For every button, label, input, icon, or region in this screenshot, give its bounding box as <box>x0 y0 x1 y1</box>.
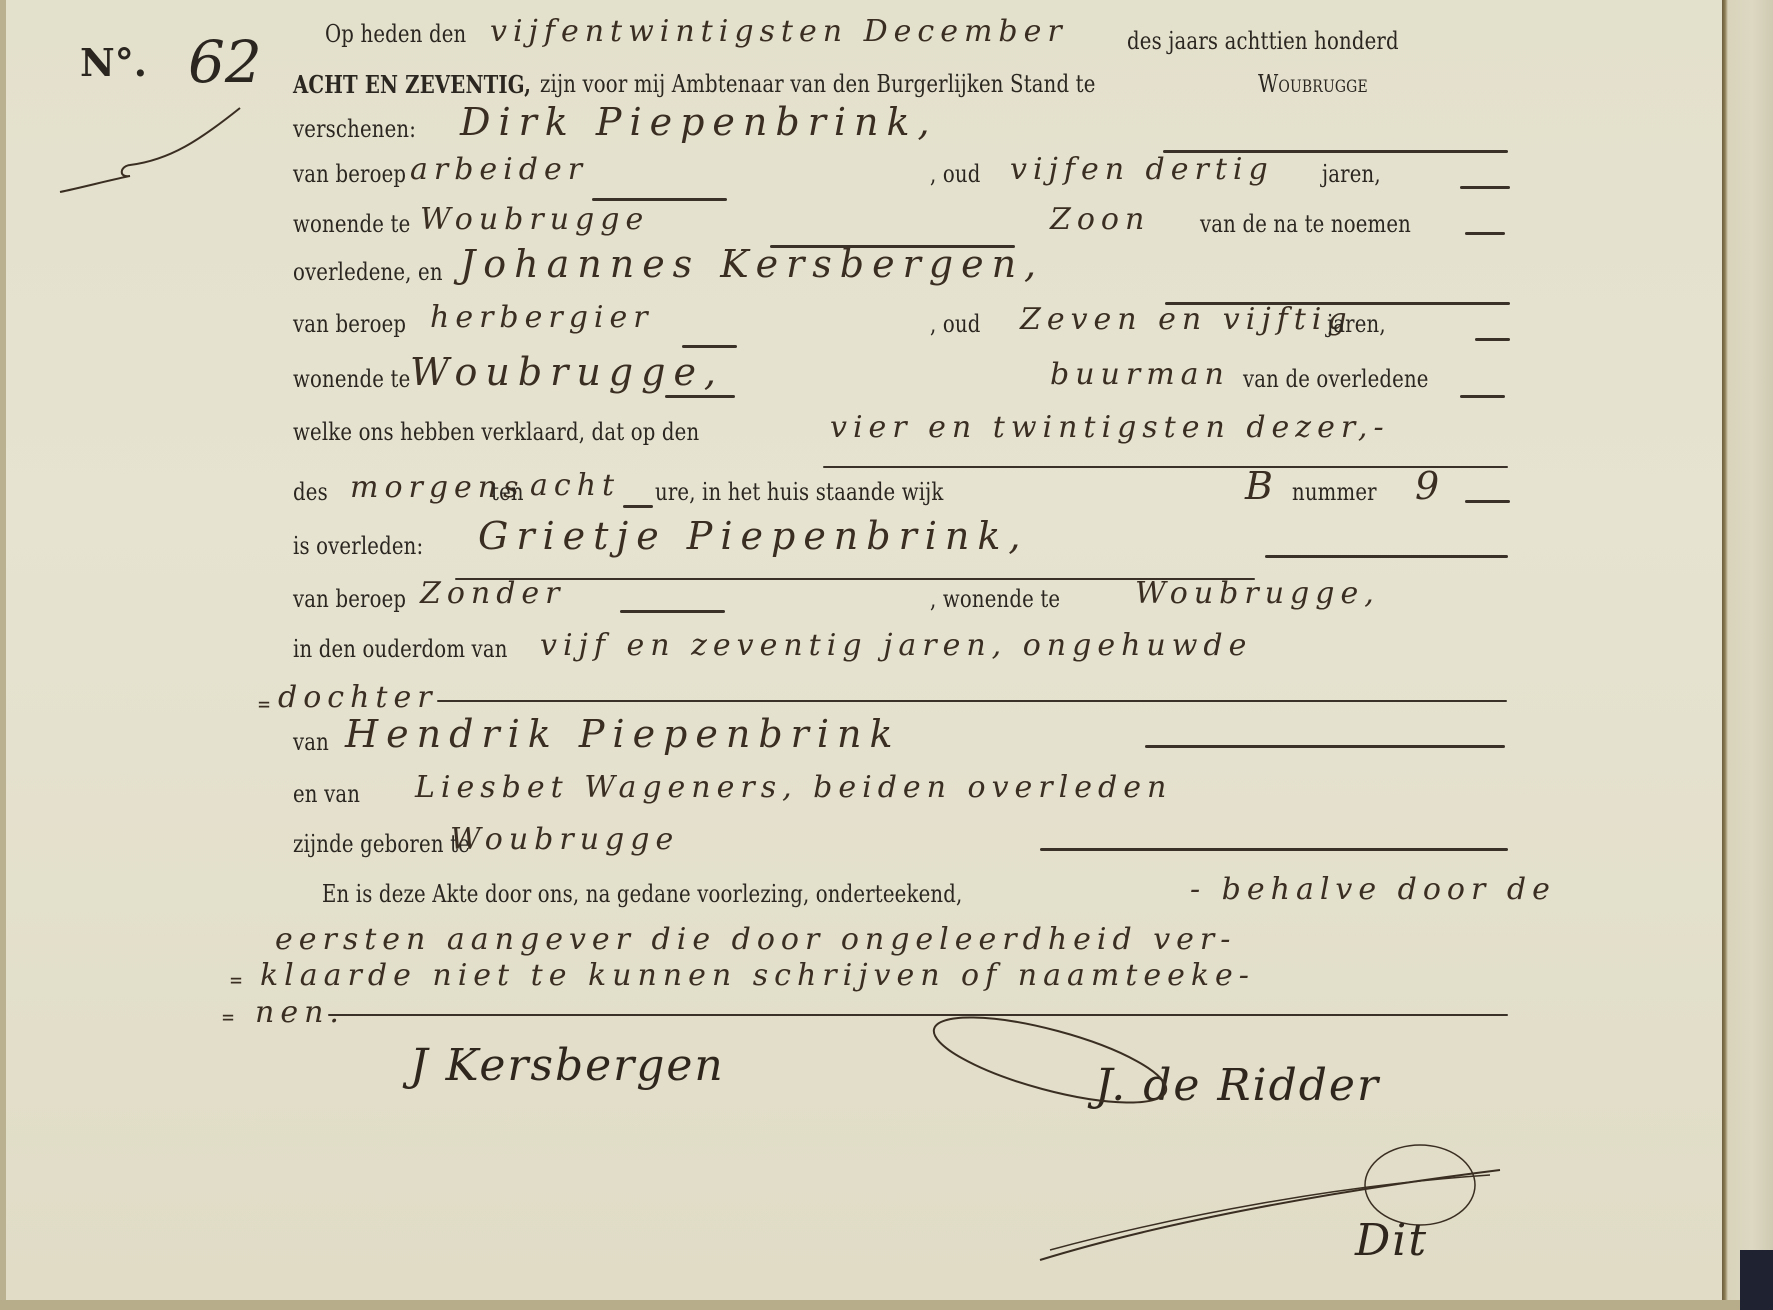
printed-text: van <box>293 728 329 756</box>
handwritten-age-deceased: vijf en zeventig jaren, ongehuwde <box>540 628 1252 663</box>
printed-text: welke ons hebben verklaard, dat op den <box>293 418 699 446</box>
handwritten-declarant-1: Dirk Piepenbrink, <box>460 100 938 144</box>
handwritten-relation-1: Zoon <box>1050 202 1150 237</box>
printed-text: jaren, <box>1327 310 1386 338</box>
printed-text: des jaars achttien honderd <box>1127 27 1399 55</box>
handwritten-house-number: 9 <box>1415 464 1447 508</box>
handwritten-deceased-name: Grietje Piepenbrink, <box>478 514 1029 558</box>
book-gutter <box>1722 0 1773 1310</box>
form-rule <box>823 466 1508 468</box>
handwritten-age-1: vijfen dertig <box>1010 152 1274 187</box>
printed-text: van beroep <box>293 585 406 613</box>
record-number-label: N°. <box>80 40 147 85</box>
printed-text: in den ouderdom van <box>293 635 508 663</box>
form-rule <box>620 610 725 613</box>
form-rule <box>1460 186 1510 189</box>
margin-mark: = <box>222 1005 234 1029</box>
form-rule <box>1465 232 1505 235</box>
printed-text: en van <box>293 780 360 808</box>
form-rule <box>1265 555 1508 558</box>
handwritten-mother: Liesbet Wageners, beiden overleden <box>415 770 1172 805</box>
printed-text: zijn voor mij Ambtenaar van den Burgerli… <box>540 70 1096 98</box>
form-rule <box>1145 745 1505 748</box>
handwritten-residence-deceased: Woubrugge, <box>1135 576 1380 611</box>
page-edge <box>0 1300 1740 1310</box>
handwritten-relation-2: buurman <box>1050 357 1230 392</box>
handwritten-date-of-death: vier en twintigsten dezer,- <box>830 410 1390 445</box>
handwritten-date: vijfentwintigsten December <box>490 14 1068 49</box>
form-rule <box>437 700 1507 702</box>
form-rule <box>1460 395 1505 398</box>
printed-municipality: Woubrugge <box>1258 70 1368 98</box>
form-rule <box>665 395 735 398</box>
book-binding <box>1740 1250 1773 1310</box>
form-rule <box>1475 338 1510 341</box>
handwritten-residence-1: Woubrugge <box>420 202 649 237</box>
handwritten-remark: klaarde niet te kunnen schrijven of naam… <box>260 958 1255 993</box>
printed-text: Op heden den <box>325 20 466 48</box>
printed-text: overledene, en <box>293 258 443 286</box>
printed-text: van de overledene <box>1243 365 1429 393</box>
margin-mark: = <box>230 968 242 992</box>
printed-text: verschenen: <box>293 115 416 143</box>
printed-text: wonende te <box>293 210 410 238</box>
handwritten-declarant-2: Johannes Kersbergen, <box>460 242 1044 286</box>
handwritten-age-2: Zeven en vijftig <box>1020 302 1353 337</box>
record-number: 62 <box>188 28 262 96</box>
printed-text: nummer <box>1292 478 1377 506</box>
form-rule <box>592 198 727 201</box>
printed-text: , oud <box>930 160 980 188</box>
handwritten-remark: eersten aangever die door ongeleerdheid … <box>275 922 1236 957</box>
signature-official: Dit <box>1355 1215 1428 1266</box>
handwritten-remark: - behalve door de <box>1190 872 1556 907</box>
form-rule <box>682 345 737 348</box>
printed-text: des <box>293 478 328 506</box>
printed-year: ACHT EN ZEVENTIG, <box>293 70 531 99</box>
handwritten-remark: nen. <box>255 995 345 1030</box>
handwritten-occupation-1: arbeider <box>410 152 588 187</box>
handwritten-father: Hendrik Piepenbrink <box>345 712 901 756</box>
printed-text: zijnde geboren te <box>293 830 470 858</box>
handwritten-hour: acht <box>530 468 620 503</box>
margin-flourish <box>50 100 250 190</box>
printed-text: wonende te <box>293 365 410 393</box>
printed-text: , wonende te <box>930 585 1060 613</box>
handwritten-birthplace: Woubrugge <box>450 822 679 857</box>
printed-text: van beroep <box>293 160 406 188</box>
printed-text: van beroep <box>293 310 406 338</box>
printed-text: ten <box>491 478 524 506</box>
printed-text: ure, in het huis staande wijk <box>655 478 944 506</box>
form-rule <box>623 505 653 508</box>
printed-text: , oud <box>930 310 980 338</box>
printed-text: En is deze Akte door ons, na gedane voor… <box>322 880 962 908</box>
handwritten-relation-deceased: dochter <box>278 680 438 715</box>
printed-text: jaren, <box>1322 160 1381 188</box>
handwritten-residence-2: Woubrugge, <box>410 350 724 394</box>
handwritten-ward: B <box>1245 464 1281 508</box>
form-rule <box>1040 848 1508 851</box>
handwritten-occupation-2: herbergier <box>430 300 654 335</box>
printed-text: is overleden: <box>293 532 423 560</box>
printed-text: van de na te noemen <box>1200 210 1411 238</box>
form-rule <box>1465 500 1510 503</box>
margin-mark: = <box>258 692 270 716</box>
handwritten-occupation-deceased: Zonder <box>420 576 566 611</box>
